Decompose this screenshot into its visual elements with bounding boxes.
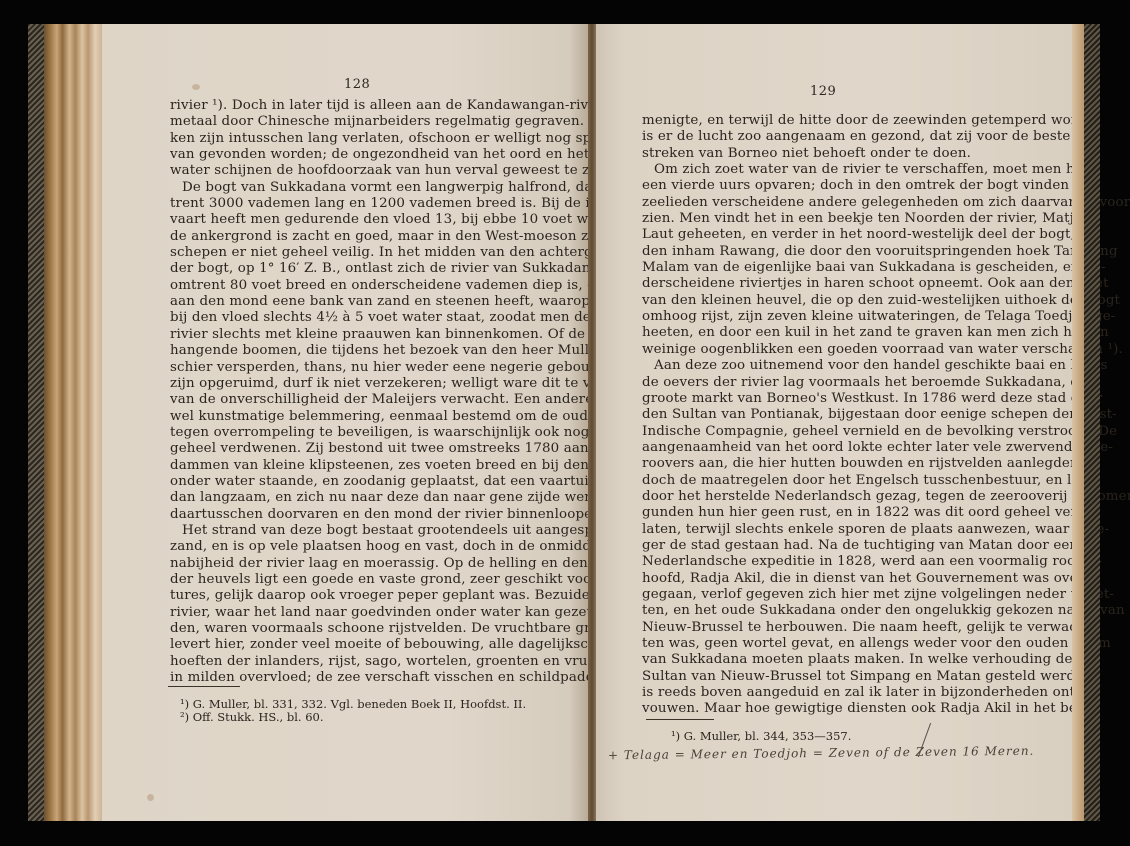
- text-line: zien. Men vindt het in een beekje ten No…: [642, 211, 994, 227]
- text-line: water schijnen de hoofdoorzaak van hun v…: [170, 163, 524, 179]
- text-line: tegen overrompeling te beveiligen, is wa…: [170, 425, 524, 441]
- text-line: rivier ¹). Doch in later tijd is alleen …: [170, 98, 524, 114]
- text-line: de oevers der rivier lag voormaals het b…: [642, 375, 994, 391]
- text-line: der heuvels ligt een goede en vaste gron…: [170, 572, 524, 588]
- text-line: hangende boomen, die tijdens het bezoek …: [170, 343, 524, 359]
- footnote-rule: [168, 686, 240, 687]
- text-line: Nederlandsche expeditie in 1828, werd aa…: [642, 554, 994, 570]
- text-line: de ankergrond is zacht en goed, maar in …: [170, 229, 524, 245]
- text-line: Laut geheeten, en verder in het noord-we…: [642, 227, 994, 243]
- text-line: geheel verdwenen. Zij bestond uit twee o…: [170, 441, 524, 457]
- footnote-rule: [646, 719, 714, 720]
- book-cover-right: [1084, 24, 1100, 821]
- paper-stain: [147, 794, 154, 801]
- text-line: zeelieden verscheidene andere gelegenhed…: [642, 195, 994, 211]
- right-page: 129 menigte, en terwijl de hitte door de…: [596, 24, 1072, 821]
- footnote-1: ¹) G. Muller, bl. 344, 353—357.: [671, 730, 851, 743]
- text-line: menigte, en terwijl de hitte door de zee…: [642, 113, 994, 129]
- text-line: den inham Rawang, die door den vooruitsp…: [642, 244, 994, 260]
- body-text-left: rivier ¹). Doch in later tijd is alleen …: [170, 98, 524, 686]
- text-line: metaal door Chinesche mijnarbeiders rege…: [170, 114, 524, 130]
- text-line: Om zich zoet water van de rivier te vers…: [642, 162, 994, 178]
- text-line: Indische Compagnie, geheel vernield en d…: [642, 424, 994, 440]
- text-line: zand, en is op vele plaatsen hoog en vas…: [170, 539, 524, 555]
- text-line: vouwen. Maar hoe gewigtige diensten ook …: [642, 701, 994, 717]
- text-line: aangenaamheid van het oord lokte echter …: [642, 440, 994, 456]
- text-line: ten was, geen wortel gevat, en allengs w…: [642, 636, 994, 652]
- text-line: van Sukkadana moeten plaats maken. In we…: [642, 652, 994, 668]
- text-line: gunden hun hier geen rust, en in 1822 wa…: [642, 505, 994, 521]
- text-line: is er de lucht zoo aangenaam en gezond, …: [642, 129, 994, 145]
- text-line: in milden overvloed; de zee verschaft vi…: [170, 670, 524, 686]
- book-gutter: [588, 24, 596, 821]
- text-line: dan langzaam, en zich nu naar deze dan n…: [170, 490, 524, 506]
- text-line: weinige oogenblikken een goeden voorraad…: [642, 342, 994, 358]
- text-line: is reeds boven aangeduid en zal ik later…: [642, 685, 994, 701]
- page-number: 128: [344, 77, 370, 92]
- text-line: Sultan van Nieuw-Brussel tot Simpang en …: [642, 669, 994, 685]
- text-line: heeten, en door een kuil in het zand te …: [642, 325, 994, 341]
- footnote-2: ²) Off. Stukk. HS., bl. 60.: [180, 711, 324, 724]
- text-line: een vierde uurs opvaren; doch in den omt…: [642, 178, 994, 194]
- text-line: Malam van de eigenlijke baai van Sukkada…: [642, 260, 994, 276]
- text-line: door het herstelde Nederlandsch gezag, t…: [642, 489, 994, 505]
- open-book: 128 rivier ¹). Doch in later tijd is all…: [28, 24, 1105, 821]
- text-line: rivier slechts met kleine praauwen kan b…: [170, 327, 524, 343]
- text-line: aan den mond eene bank van zand en steen…: [170, 294, 524, 310]
- text-line: rivier, waar het land naar goedvinden on…: [170, 605, 524, 621]
- text-line: van gevonden worden; de ongezondheid van…: [170, 147, 524, 163]
- paper-stain: [192, 84, 200, 90]
- text-line: schepen er niet geheel veilig. In het mi…: [170, 245, 524, 261]
- text-line: Aan deze zoo uitnemend voor den handel g…: [642, 358, 994, 374]
- text-line: roovers aan, die hier hutten bouwden en …: [642, 456, 994, 472]
- text-line: tures, gelijk daarop ook vroeger peper g…: [170, 588, 524, 604]
- text-line: van den kleinen heuvel, die op den zuid-…: [642, 293, 994, 309]
- text-line: dammen van kleine klipsteenen, zes voete…: [170, 458, 524, 474]
- text-line: schier versperden, thans, nu hier weder …: [170, 360, 524, 376]
- text-line: hoeften der inlanders, rijst, sago, wort…: [170, 654, 524, 670]
- text-line: De bogt van Sukkadana vormt een langwerp…: [170, 180, 524, 196]
- page-number: 129: [810, 84, 836, 99]
- text-line: bij den vloed slechts 4½ à 5 voet water …: [170, 310, 524, 326]
- text-line: vaart heeft men gedurende den vloed 13, …: [170, 212, 524, 228]
- text-line: gegaan, verlof gegeven zich hier met zij…: [642, 587, 994, 603]
- text-line: nabijheid der rivier laag en moerassig. …: [170, 556, 524, 572]
- text-line: streken van Borneo niet behoeft onder te…: [642, 146, 994, 162]
- text-line: ken zijn intusschen lang verlaten, ofsch…: [170, 131, 524, 147]
- page-edges-left: [44, 24, 102, 821]
- text-line: omhoog rijst, zijn zeven kleine uitwater…: [642, 309, 994, 325]
- text-line: derscheidene riviertjes in haren schoot …: [642, 276, 994, 292]
- text-line: der bogt, op 1° 16′ Z. B., ontlast zich …: [170, 261, 524, 277]
- text-line: laten, terwijl slechts enkele sporen de …: [642, 522, 994, 538]
- text-line: ten, en het oude Sukkadana onder den ong…: [642, 603, 994, 619]
- handwritten-annotation: + Telaga = Meer en Toedjoh = Zeven of de…: [608, 744, 1034, 762]
- text-line: Het strand van deze bogt bestaat grooten…: [170, 523, 524, 539]
- text-line: omtrent 80 voet breed en onderscheidene …: [170, 278, 524, 294]
- text-line: ger de stad gestaan had. Na de tuchtigin…: [642, 538, 994, 554]
- text-line: den Sultan van Pontianak, bijgestaan doo…: [642, 407, 994, 423]
- text-line: doch de maatregelen door het Engelsch tu…: [642, 473, 994, 489]
- text-line: van de onverschilligheid der Maleijers v…: [170, 392, 524, 408]
- text-line: daartusschen doorvaren en den mond der r…: [170, 507, 524, 523]
- body-text-right: menigte, en terwijl de hitte door de zee…: [642, 113, 994, 718]
- text-line: zijn opgeruimd, durf ik niet verzekeren;…: [170, 376, 524, 392]
- text-line: Nieuw-Brussel te herbouwen. Die naam hee…: [642, 620, 994, 636]
- text-line: den, waren voormaals schoone rijstvelden…: [170, 621, 524, 637]
- text-line: groote markt van Borneo's Westkust. In 1…: [642, 391, 994, 407]
- text-line: levert hier, zonder veel moeite of bebou…: [170, 637, 524, 653]
- text-line: wel kunstmatige belemmering, eenmaal bes…: [170, 409, 524, 425]
- text-line: trent 3000 vademen lang en 1200 vademen …: [170, 196, 524, 212]
- text-line: onder water staande, en zoodanig geplaat…: [170, 474, 524, 490]
- text-line: hoofd, Radja Akil, die in dienst van het…: [642, 571, 994, 587]
- left-page: 128 rivier ¹). Doch in later tijd is all…: [102, 24, 588, 821]
